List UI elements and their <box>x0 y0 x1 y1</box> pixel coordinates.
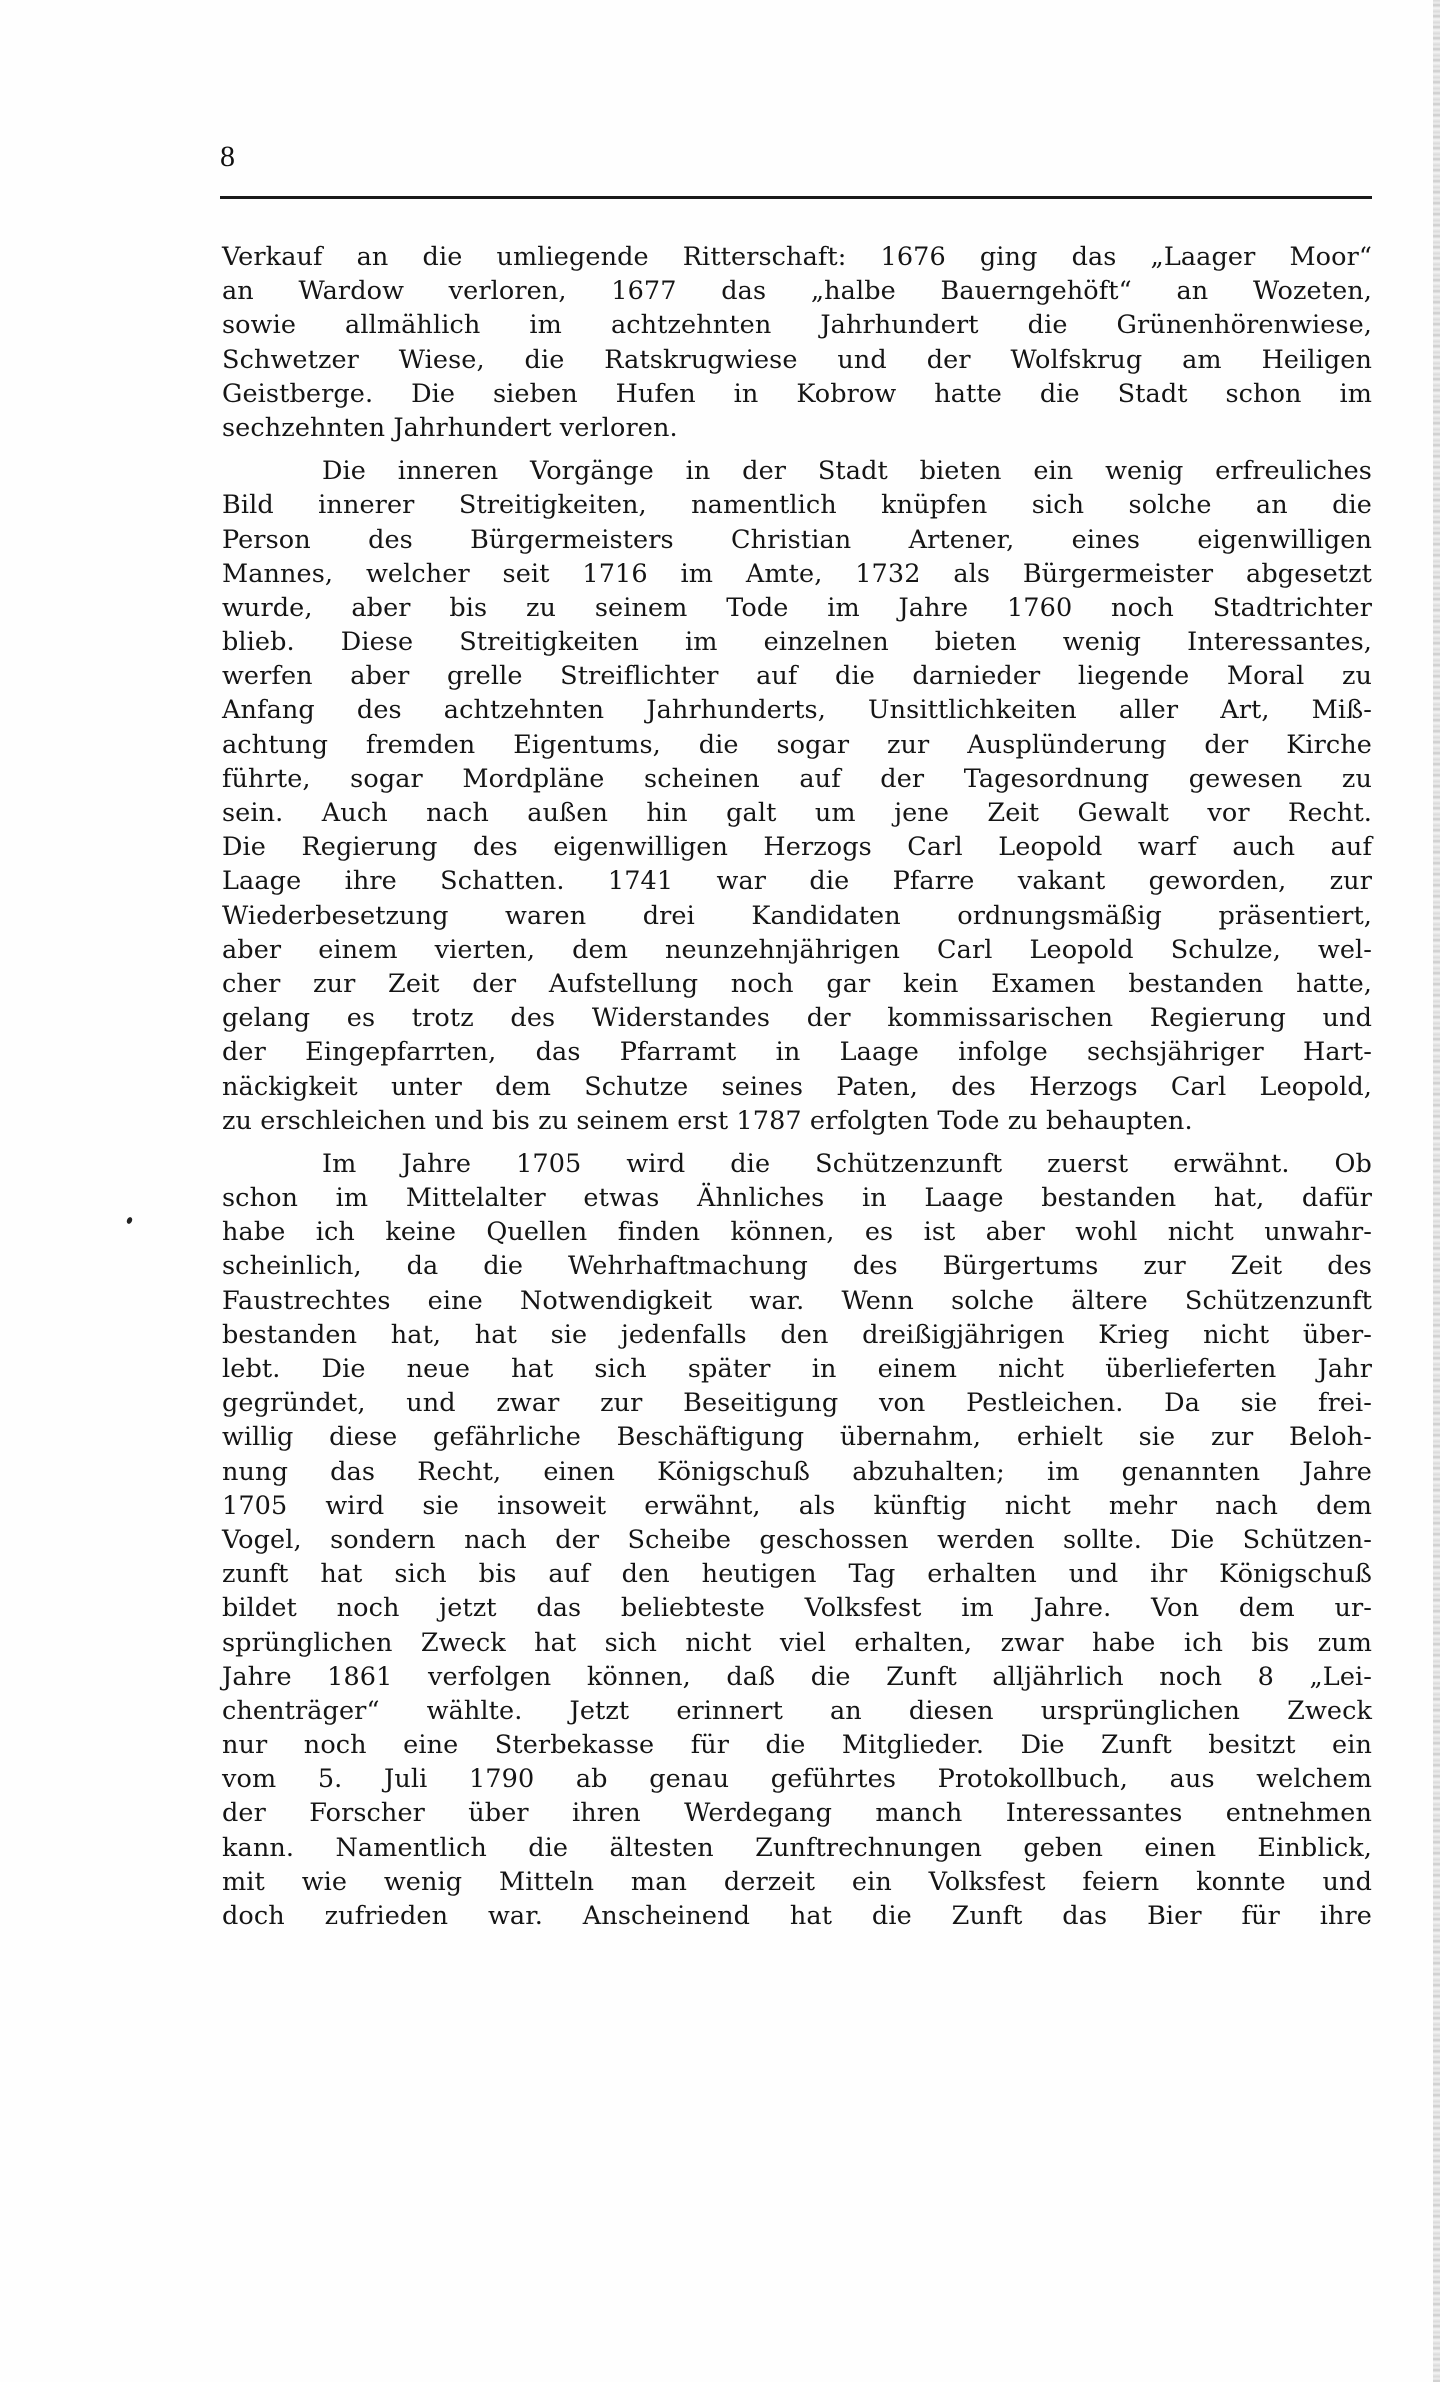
text-line: an Wardow verloren, 1677 das „halbe Baue… <box>222 274 1372 308</box>
text-line: Bild innerer Streitigkeiten, namentlich … <box>222 488 1372 522</box>
text-line: zunft hat sich bis auf den heutigen Tag … <box>222 1557 1372 1591</box>
text-line: Im Jahre 1705 wird die Schützenzunft zue… <box>222 1147 1372 1181</box>
text-line: Laage ihre Schatten. 1741 war die Pfarre… <box>222 864 1372 898</box>
text-line: Person des Bürgermeisters Christian Arte… <box>222 523 1372 557</box>
text-line: Geistberge. Die sieben Hufen in Kobrow h… <box>222 377 1372 411</box>
paragraph-1: Verkauf an die umliegende Ritterschaft: … <box>222 240 1372 445</box>
text-line: näckigkeit unter dem Schutze seines Pate… <box>222 1070 1372 1104</box>
text-line: 1705 wird sie insoweit erwähnt, als künf… <box>222 1489 1372 1523</box>
text-line: achtung fremden Eigentums, die sogar zur… <box>222 728 1372 762</box>
text-line: gegründet, und zwar zur Beseitigung von … <box>222 1386 1372 1420</box>
text-line: führte, sogar Mordpläne scheinen auf der… <box>222 762 1372 796</box>
text-line: vom 5. Juli 1790 ab genau geführtes Prot… <box>222 1762 1372 1796</box>
text-line: gelang es trotz des Widerstandes der kom… <box>222 1001 1372 1035</box>
text-line: blieb. Diese Streitigkeiten im einzelnen… <box>222 625 1372 659</box>
text-line: Wiederbesetzung waren drei Kandidaten or… <box>222 899 1372 933</box>
text-line: lebt. Die neue hat sich später in einem … <box>222 1352 1372 1386</box>
text-line: wurde, aber bis zu seinem Tode im Jahre … <box>222 591 1372 625</box>
scan-speck <box>126 1216 133 1224</box>
text-line: Vogel, sondern nach der Scheibe geschoss… <box>222 1523 1372 1557</box>
scan-edge-artifact <box>1433 0 1440 2382</box>
text-line: kann. Namentlich die ältesten Zunftrechn… <box>222 1831 1372 1865</box>
paragraph-3: Im Jahre 1705 wird die Schützenzunft zue… <box>222 1147 1372 1933</box>
text-line: scheinlich, da die Wehrhaftmachung des B… <box>222 1249 1372 1283</box>
text-line: sechzehnten Jahrhundert verloren. <box>222 411 1372 445</box>
text-line: Verkauf an die umliegende Ritterschaft: … <box>222 240 1372 274</box>
paragraph-2: Die inneren Vorgänge in der Stadt bieten… <box>222 454 1372 1138</box>
text-line: doch zufrieden war. Anscheinend hat die … <box>222 1899 1372 1933</box>
text-line: cher zur Zeit der Aufstellung noch gar k… <box>222 967 1372 1001</box>
text-line: werfen aber grelle Streiflichter auf die… <box>222 659 1372 693</box>
text-line: Mannes, welcher seit 1716 im Amte, 1732 … <box>222 557 1372 591</box>
text-line: mit wie wenig Mitteln man derzeit ein Vo… <box>222 1865 1372 1899</box>
text-line: sprünglichen Zweck hat sich nicht viel e… <box>222 1626 1372 1660</box>
text-line: Faustrechtes eine Notwendigkeit war. Wen… <box>222 1284 1372 1318</box>
text-line: der Forscher über ihren Werdegang manch … <box>222 1796 1372 1830</box>
text-line: sein. Auch nach außen hin galt um jene Z… <box>222 796 1372 830</box>
text-line: sowie allmählich im achtzehnten Jahrhund… <box>222 308 1372 342</box>
text-line: bestanden hat, hat sie jedenfalls den dr… <box>222 1318 1372 1352</box>
text-line: der Eingepfarrten, das Pfarramt in Laage… <box>222 1035 1372 1069</box>
text-line: zu erschleichen und bis zu seinem erst 1… <box>222 1104 1372 1138</box>
text-line: Die Regierung des eigenwilligen Herzogs … <box>222 830 1372 864</box>
text-line: bildet noch jetzt das beliebteste Volksf… <box>222 1591 1372 1625</box>
text-line: Jahre 1861 verfolgen können, daß die Zun… <box>222 1660 1372 1694</box>
page-number: 8 <box>220 140 235 174</box>
text-line: aber einem vierten, dem neunzehnjährigen… <box>222 933 1372 967</box>
text-line: nur noch eine Sterbekasse für die Mitgli… <box>222 1728 1372 1762</box>
header-rule <box>220 196 1372 199</box>
text-line: habe ich keine Quellen finden können, es… <box>222 1215 1372 1249</box>
text-line: schon im Mittelalter etwas Ähnliches in … <box>222 1181 1372 1215</box>
text-line: chenträger“ wählte. Jetzt erinnert an di… <box>222 1694 1372 1728</box>
scanned-book-page: 8 Verkauf an die umliegende Ritterschaft… <box>0 0 1440 2382</box>
body-text: Verkauf an die umliegende Ritterschaft: … <box>222 240 1372 1933</box>
text-line: Anfang des achtzehnten Jahrhunderts, Uns… <box>222 693 1372 727</box>
text-line: Schwetzer Wiese, die Ratskrugwiese und d… <box>222 343 1372 377</box>
text-line: willig diese gefährliche Beschäftigung ü… <box>222 1420 1372 1454</box>
text-line: Die inneren Vorgänge in der Stadt bieten… <box>222 454 1372 488</box>
text-line: nung das Recht, einen Königschuß abzuhal… <box>222 1455 1372 1489</box>
